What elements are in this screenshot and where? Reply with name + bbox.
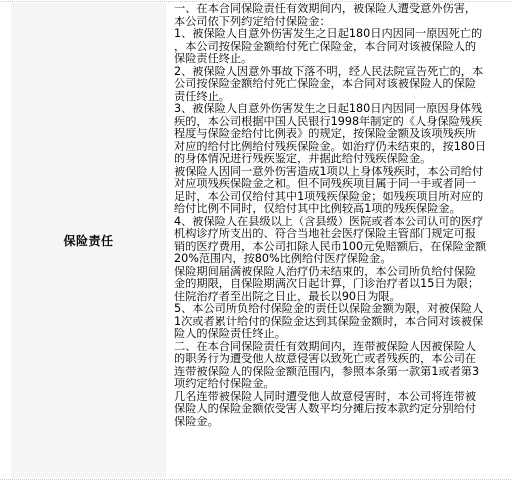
content-line: 住院治疗者至出院之日止，最长以90日为限。: [174, 291, 510, 304]
row-top-border: [0, 1, 511, 2]
row-bottom-border: [0, 479, 511, 480]
content-line: 程度与保险金给付比例表》的规定，按保险金额及该项残疾所: [174, 128, 510, 141]
content-line: 连带被保险人的保险金额范围内，参照本条第一款第1或者第3: [174, 366, 510, 379]
content-line: 疾的，本公司根据中国人民银行1998年制定的《人身保险残疾: [174, 116, 510, 129]
content-line: ，本公司按保险金额给付死亡保险金，本合同对该被保险人的: [174, 41, 510, 54]
content-line: 被保险人因同一意外伤害造成1项以上身体残疾时，本公司给付: [174, 166, 510, 179]
content-line: 项约定给付保险金。: [174, 378, 510, 391]
content-line: 20%范围内，按80%比例给付医疗保险金。: [174, 253, 510, 266]
content-line: 给付比例不同时，仅给付其中比例较高1项的残疾保险金。: [174, 203, 510, 216]
content-line: 足时，本公司仅给付其中1项残疾保险金；如残疾项目所对应的: [174, 191, 510, 204]
content-line: 保险期间届满被保险人治疗仍未结束的，本公司所负给付保险: [174, 266, 510, 279]
content-line: 对应的给付比例给付残疾保险金。如治疗仍未结束的，按180日: [174, 141, 510, 154]
content-line: 2、被保险人因意外事故下落不明，经人民法院宣告死亡的，本: [174, 66, 510, 79]
label-text: 保险责任: [63, 232, 113, 249]
content-line: 责任终止。: [174, 91, 510, 104]
content-line: 的职务行为遭受他人故意侵害以致死亡或者残疾的，本公司在: [174, 353, 510, 366]
content-line: 的身体情况进行残疾鉴定，并据此给付残疾保险金。: [174, 153, 510, 166]
content-line: 对应项残疾保险金之和。但不同残疾项目属于同一手或者同一: [174, 178, 510, 191]
content-line: 金的期限，自保险期满次日起计算，门诊治疗者以15日为限；: [174, 278, 510, 291]
content-line: 1、被保险人自意外伤害发生之日起180日内因同一原因死亡的: [174, 28, 510, 41]
content-line: 几名连带被保险人同时遭受他人故意侵害时，本公司将连带被: [174, 391, 510, 404]
content-line: 险人的保险责任终止。: [174, 328, 510, 341]
content-line: 一、在本合同保险责任有效期间内，被保险人遭受意外伤害，: [174, 3, 510, 16]
content-cell: 一、在本合同保险责任有效期间内，被保险人遭受意外伤害，本公司依下列约定给付保险金…: [174, 3, 510, 428]
content-line: 二、在本合同保险责任有效期间内，连带被保险人因被保险人: [174, 341, 510, 354]
content-line: 5、本公司所负给付保险金的责任以保险金额为限，对被保险人: [174, 303, 510, 316]
content-line: 保险责任终止。: [174, 53, 510, 66]
content-line: 保险金。: [174, 416, 510, 429]
content-line: 机构诊疗所支出的、符合当地社会医疗保险主管部门规定可报: [174, 228, 510, 241]
content-line: 保险人的保险金额依受害人数平均分摊后按本款约定分别给付: [174, 403, 510, 416]
content-line: 销的医疗费用，本公司扣除人民币100元免赔额后，在保险金额: [174, 241, 510, 254]
content-line: 公司按保险金额给付死亡保险金，本合同对该被保险人的保险: [174, 78, 510, 91]
label-cell: 保险责任: [11, 3, 166, 478]
content-line: 4、被保险人在县级以上（含县级）医院或者本公司认可的医疗: [174, 216, 510, 229]
content-line: 本公司依下列约定给付保险金：: [174, 16, 510, 29]
insurance-liability-row: 保险责任 一、在本合同保险责任有效期间内，被保险人遭受意外伤害，本公司依下列约定…: [0, 0, 511, 483]
content-line: 3、被保险人自意外伤害发生之日起180日内因同一原因身体残: [174, 103, 510, 116]
content-line: 1次或者累计给付的保险金达到其保险金额时，本合同对该被保: [174, 316, 510, 329]
